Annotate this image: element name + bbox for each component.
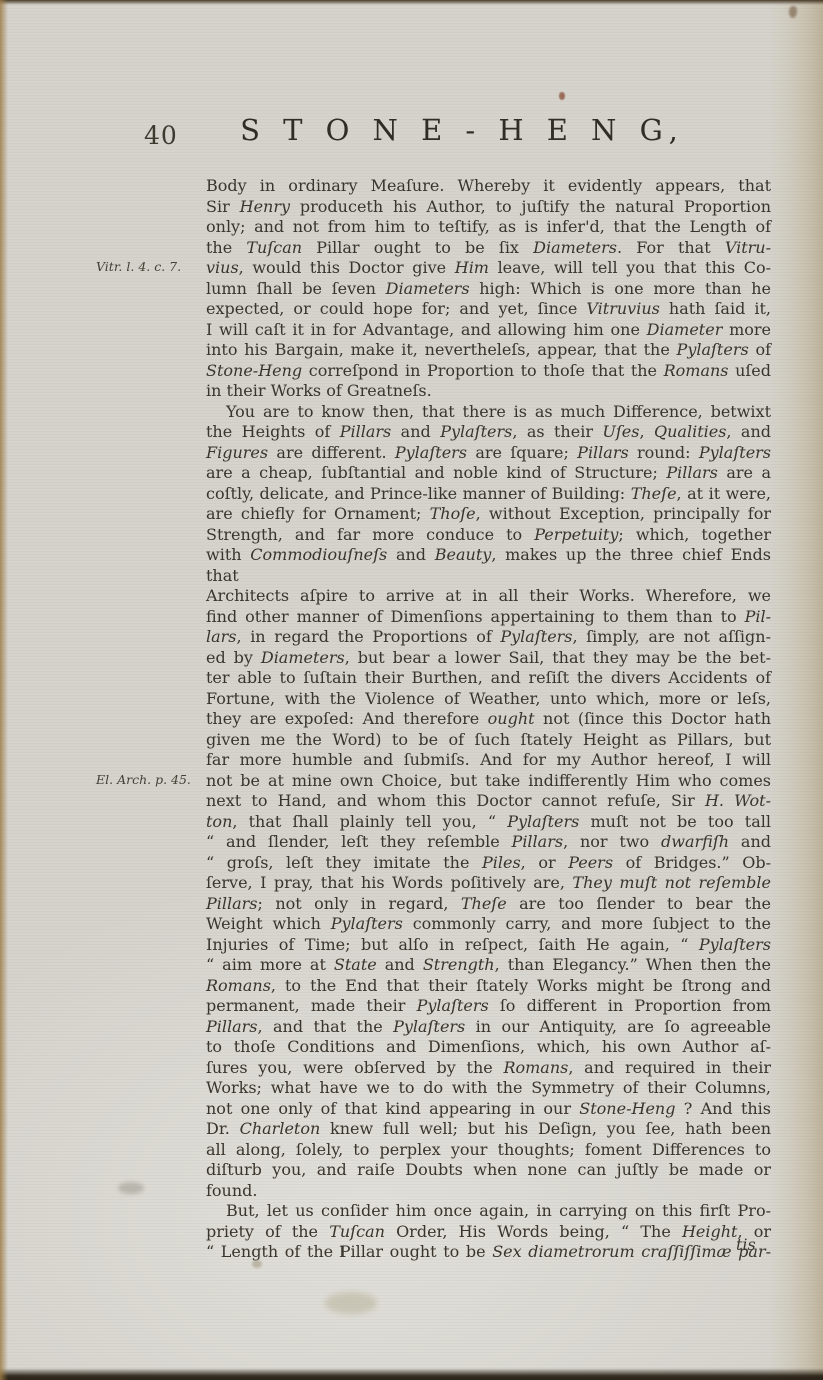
text-line: Sir Henry produceth his Author, to juſti… bbox=[206, 197, 771, 218]
text-line: are chiefly for Ornament; Thoſe, without… bbox=[206, 504, 771, 525]
text-line: Dr. Charleton knew full well; but his De… bbox=[206, 1119, 771, 1140]
text-line: “ aim more at State and Strength, than E… bbox=[206, 955, 771, 976]
text-line: “ groſs, leſt they imitate the Piles, or… bbox=[206, 853, 771, 874]
text-line: the Heights of Pillars and Pylaſters, as… bbox=[206, 422, 771, 443]
text-line: found. bbox=[206, 1181, 771, 1202]
text-line: ſerve, I pray, that his Words poſitively… bbox=[206, 873, 771, 894]
text-line: lumn ſhall be ſeven Diameters high: Whic… bbox=[206, 279, 771, 300]
catchword: tis bbox=[736, 1235, 756, 1254]
text-line: lars, in regard the Proportions of Pylaſ… bbox=[206, 627, 771, 648]
paper-stain bbox=[118, 1182, 144, 1194]
text-line: permanent, made their Pylaſters ſo diffe… bbox=[206, 996, 771, 1017]
text-line: in their Works of Greatneſs. bbox=[206, 381, 771, 402]
running-title: S T O N E - H E N G, bbox=[180, 113, 745, 147]
text-line: Weight which Pylaſters commonly carry, a… bbox=[206, 914, 771, 935]
text-line: with Commodiouſneſs and Beauty, makes up… bbox=[206, 545, 771, 586]
text-line: I will caſt it in for Advantage, and all… bbox=[206, 320, 771, 341]
text-line: find other manner of Dimenſions appertai… bbox=[206, 607, 771, 628]
text-line: they are expoſed: And therefore ought no… bbox=[206, 709, 771, 730]
text-line: not one only of that kind appearing in o… bbox=[206, 1099, 771, 1120]
paper-stain bbox=[789, 6, 797, 18]
text-line: priety of the Tuſcan Order, His Words be… bbox=[206, 1222, 771, 1243]
text-line: “ and ſlender, leſt they reſemble Pillar… bbox=[206, 832, 771, 853]
text-line: ton, that ſhall plainly tell you, “ Pyla… bbox=[206, 812, 771, 833]
margin-note: El. Arch. p. 45. bbox=[96, 773, 202, 787]
text-line: all along, ſolely, to perplex your thoug… bbox=[206, 1140, 771, 1161]
signature-mark: I bbox=[339, 1243, 345, 1261]
text-line: diſturb you, and raiſe Doubts when none … bbox=[206, 1160, 771, 1181]
text-line: the Tuſcan Pillar ought to be ſix Diamet… bbox=[206, 238, 771, 259]
text-line: into his Bargain, make it, nevertheleſs,… bbox=[206, 340, 771, 361]
text-line: ſures you, were obſerved by the Romans, … bbox=[206, 1058, 771, 1079]
text-line: “ Length of the Pillar ought to be Sex d… bbox=[206, 1242, 771, 1263]
text-block: Body in ordinary Meaſure. Whereby it evi… bbox=[206, 176, 771, 1263]
text-line: Stone-Heng correſpond in Proportion to t… bbox=[206, 361, 771, 382]
text-line: Strength, and far more conduce to Perpet… bbox=[206, 525, 771, 546]
margin-note: Vitr. l. 4. c. 7. bbox=[96, 260, 202, 274]
text-line: Body in ordinary Meaſure. Whereby it evi… bbox=[206, 176, 771, 197]
text-line: expected, or could hope for; and yet, ſi… bbox=[206, 299, 771, 320]
text-line: Fortune, with the Violence of Weather, u… bbox=[206, 689, 771, 710]
text-line: far more humble and ſubmiſs. And for my … bbox=[206, 750, 771, 771]
text-line: not be at mine own Choice, but take indi… bbox=[206, 771, 771, 792]
text-line: only; and not from him to teſtify, as is… bbox=[206, 217, 771, 238]
book-page-scan: 40 S T O N E - H E N G, Vitr. l. 4. c. 7… bbox=[0, 0, 823, 1380]
text-line: ed by Diameters, but bear a lower Sail, … bbox=[206, 648, 771, 669]
paper-stain bbox=[325, 1292, 377, 1314]
paper-stain bbox=[559, 92, 565, 100]
text-line: next to Hand, and whom this Doctor canno… bbox=[206, 791, 771, 812]
text-line: Pillars, and that the Pylaſters in our A… bbox=[206, 1017, 771, 1038]
page-number: 40 bbox=[144, 121, 178, 150]
text-line: Figures are different. Pylaſters are ſqu… bbox=[206, 443, 771, 464]
text-line: ter able to ſuſtain their Burthen, and r… bbox=[206, 668, 771, 689]
text-line: Injuries of Time; but alſo in reſpect, ſ… bbox=[206, 935, 771, 956]
text-line: Pillars; not only in regard, Theſe are t… bbox=[206, 894, 771, 915]
text-line: You are to know then, that there is as m… bbox=[206, 402, 771, 423]
text-line: vius, would this Doctor give Him leave, … bbox=[206, 258, 771, 279]
text-line: Works; what have we to do with the Symme… bbox=[206, 1078, 771, 1099]
text-line: coſtly, delicate, and Prince-like manner… bbox=[206, 484, 771, 505]
text-line: But, let us conſider him once again, in … bbox=[206, 1201, 771, 1222]
text-line: are a cheap, ſubſtantial and noble kind … bbox=[206, 463, 771, 484]
text-line: given me the Word) to be of ſuch ſtately… bbox=[206, 730, 771, 751]
text-line: to thoſe Conditions and Dimenſions, whic… bbox=[206, 1037, 771, 1058]
text-line: Architects aſpire to arrive at in all th… bbox=[206, 586, 771, 607]
text-line: Romans, to the End that their ſtately Wo… bbox=[206, 976, 771, 997]
